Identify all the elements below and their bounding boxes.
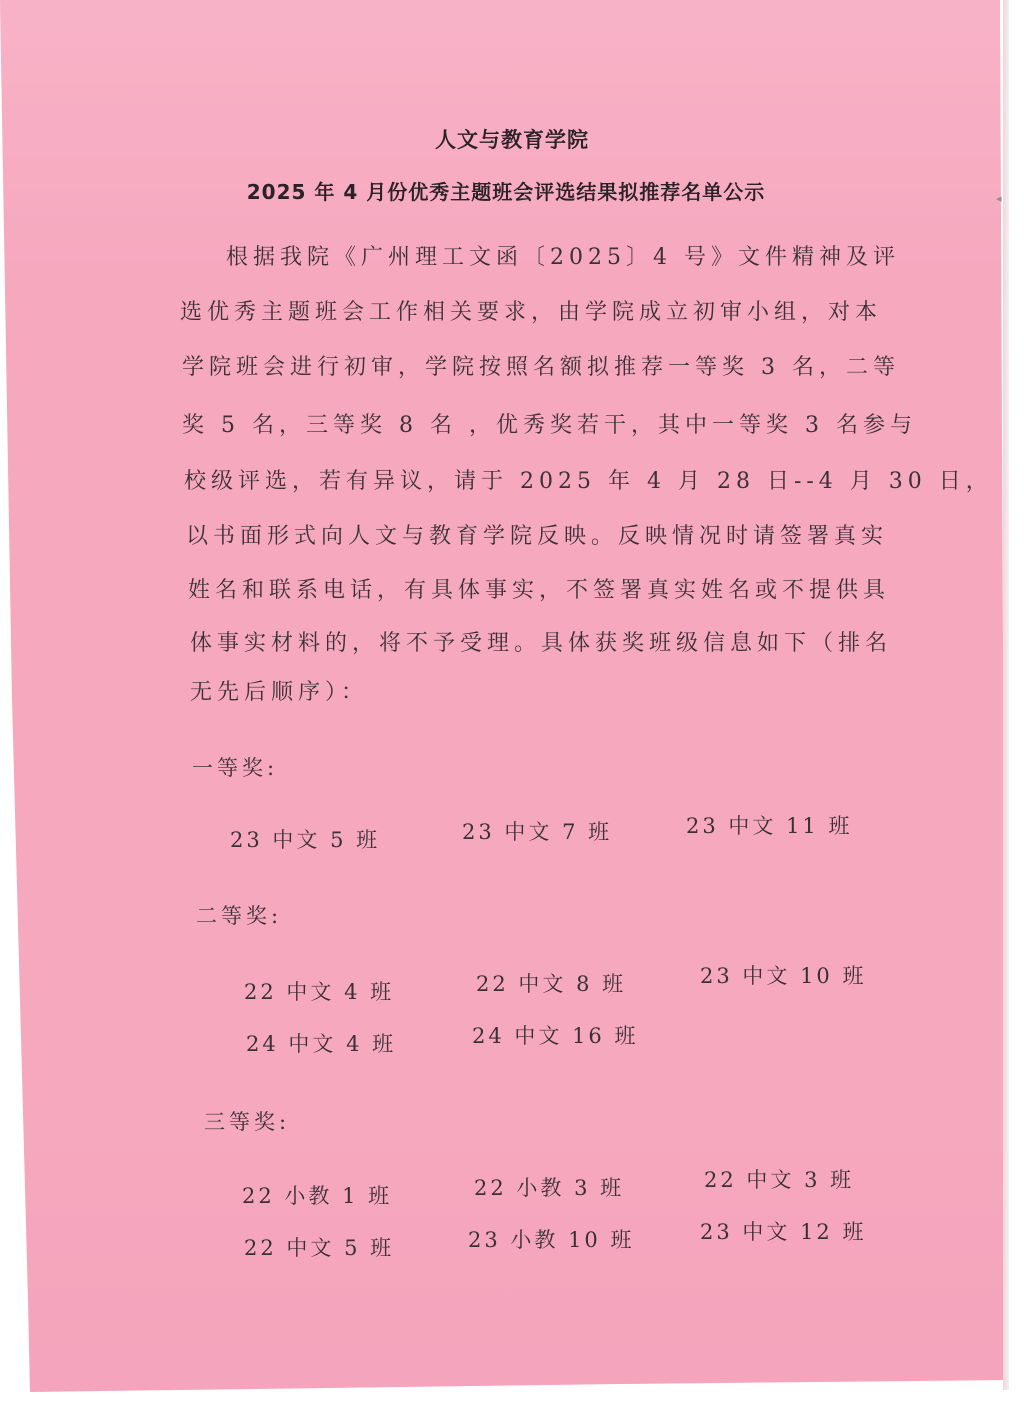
body-line-2: 选优秀主题班会工作相关要求，由学院成立初审小组，对本 (180, 295, 880, 326)
body-line-6: 以书面形式向人文与教育学院反映。反映情况时请签署真实 (186, 519, 886, 550)
body-line-3: 学院班会进行初审，学院按照名额拟推荐一等奖 3 名，二等 (182, 350, 882, 381)
third-prize-class-6: 23 中文 12 班 (700, 1216, 866, 1246)
scanned-document: ◂ 人文与教育学院 2025 年 4 月份优秀主题班会评选结果拟推荐名单公示 根… (0, 0, 1024, 1408)
second-prize-class-2: 22 中文 8 班 (476, 968, 626, 998)
third-prize-class-3: 22 中文 3 班 (704, 1164, 854, 1194)
third-prize-class-1: 22 小教 1 班 (242, 1180, 392, 1210)
first-prize-class-3: 23 中文 11 班 (686, 810, 852, 840)
body-line-5: 校级评选，若有异议，请于 2025 年 4 月 28 日--4 月 30 日， (184, 464, 884, 495)
first-prize-class-2: 23 中文 7 班 (462, 816, 612, 846)
third-prize-class-2: 22 小教 3 班 (474, 1172, 624, 1202)
document-title: 2025 年 4 月份优秀主题班会评选结果拟推荐名单公示 (0, 176, 1018, 205)
third-prize-class-4: 22 中文 5 班 (244, 1232, 394, 1262)
second-prize-class-1: 22 中文 4 班 (244, 976, 394, 1006)
page-edge-shadow (1003, 0, 1009, 1390)
second-prize-class-4: 24 中文 4 班 (246, 1028, 396, 1058)
third-prize-class-5: 23 小教 10 班 (468, 1224, 634, 1254)
body-line-7: 姓名和联系电话，有具体事实，不签署真实姓名或不提供具 (188, 573, 888, 604)
body-line-8: 体事实材料的，将不予受理。具体获奖班级信息如下（排名 (190, 626, 890, 657)
third-prize-label: 三等奖: (204, 1106, 290, 1136)
institution-title: 人文与教育学院 (0, 124, 1024, 154)
body-line-9: 无先后顺序）： (190, 675, 890, 706)
first-prize-class-1: 23 中文 5 班 (230, 824, 380, 854)
second-prize-class-3: 23 中文 10 班 (700, 960, 866, 990)
second-prize-class-5: 24 中文 16 班 (472, 1020, 638, 1050)
body-line-4: 奖 5 名，三等奖 8 名 ，优秀奖若干，其中一等奖 3 名参与 (182, 408, 882, 439)
second-prize-label: 二等奖: (196, 900, 282, 930)
first-prize-label: 一等奖: (192, 752, 278, 782)
body-line-1: 根据我院《广州理工文函〔2025〕4 号》文件精神及评 (226, 240, 926, 271)
